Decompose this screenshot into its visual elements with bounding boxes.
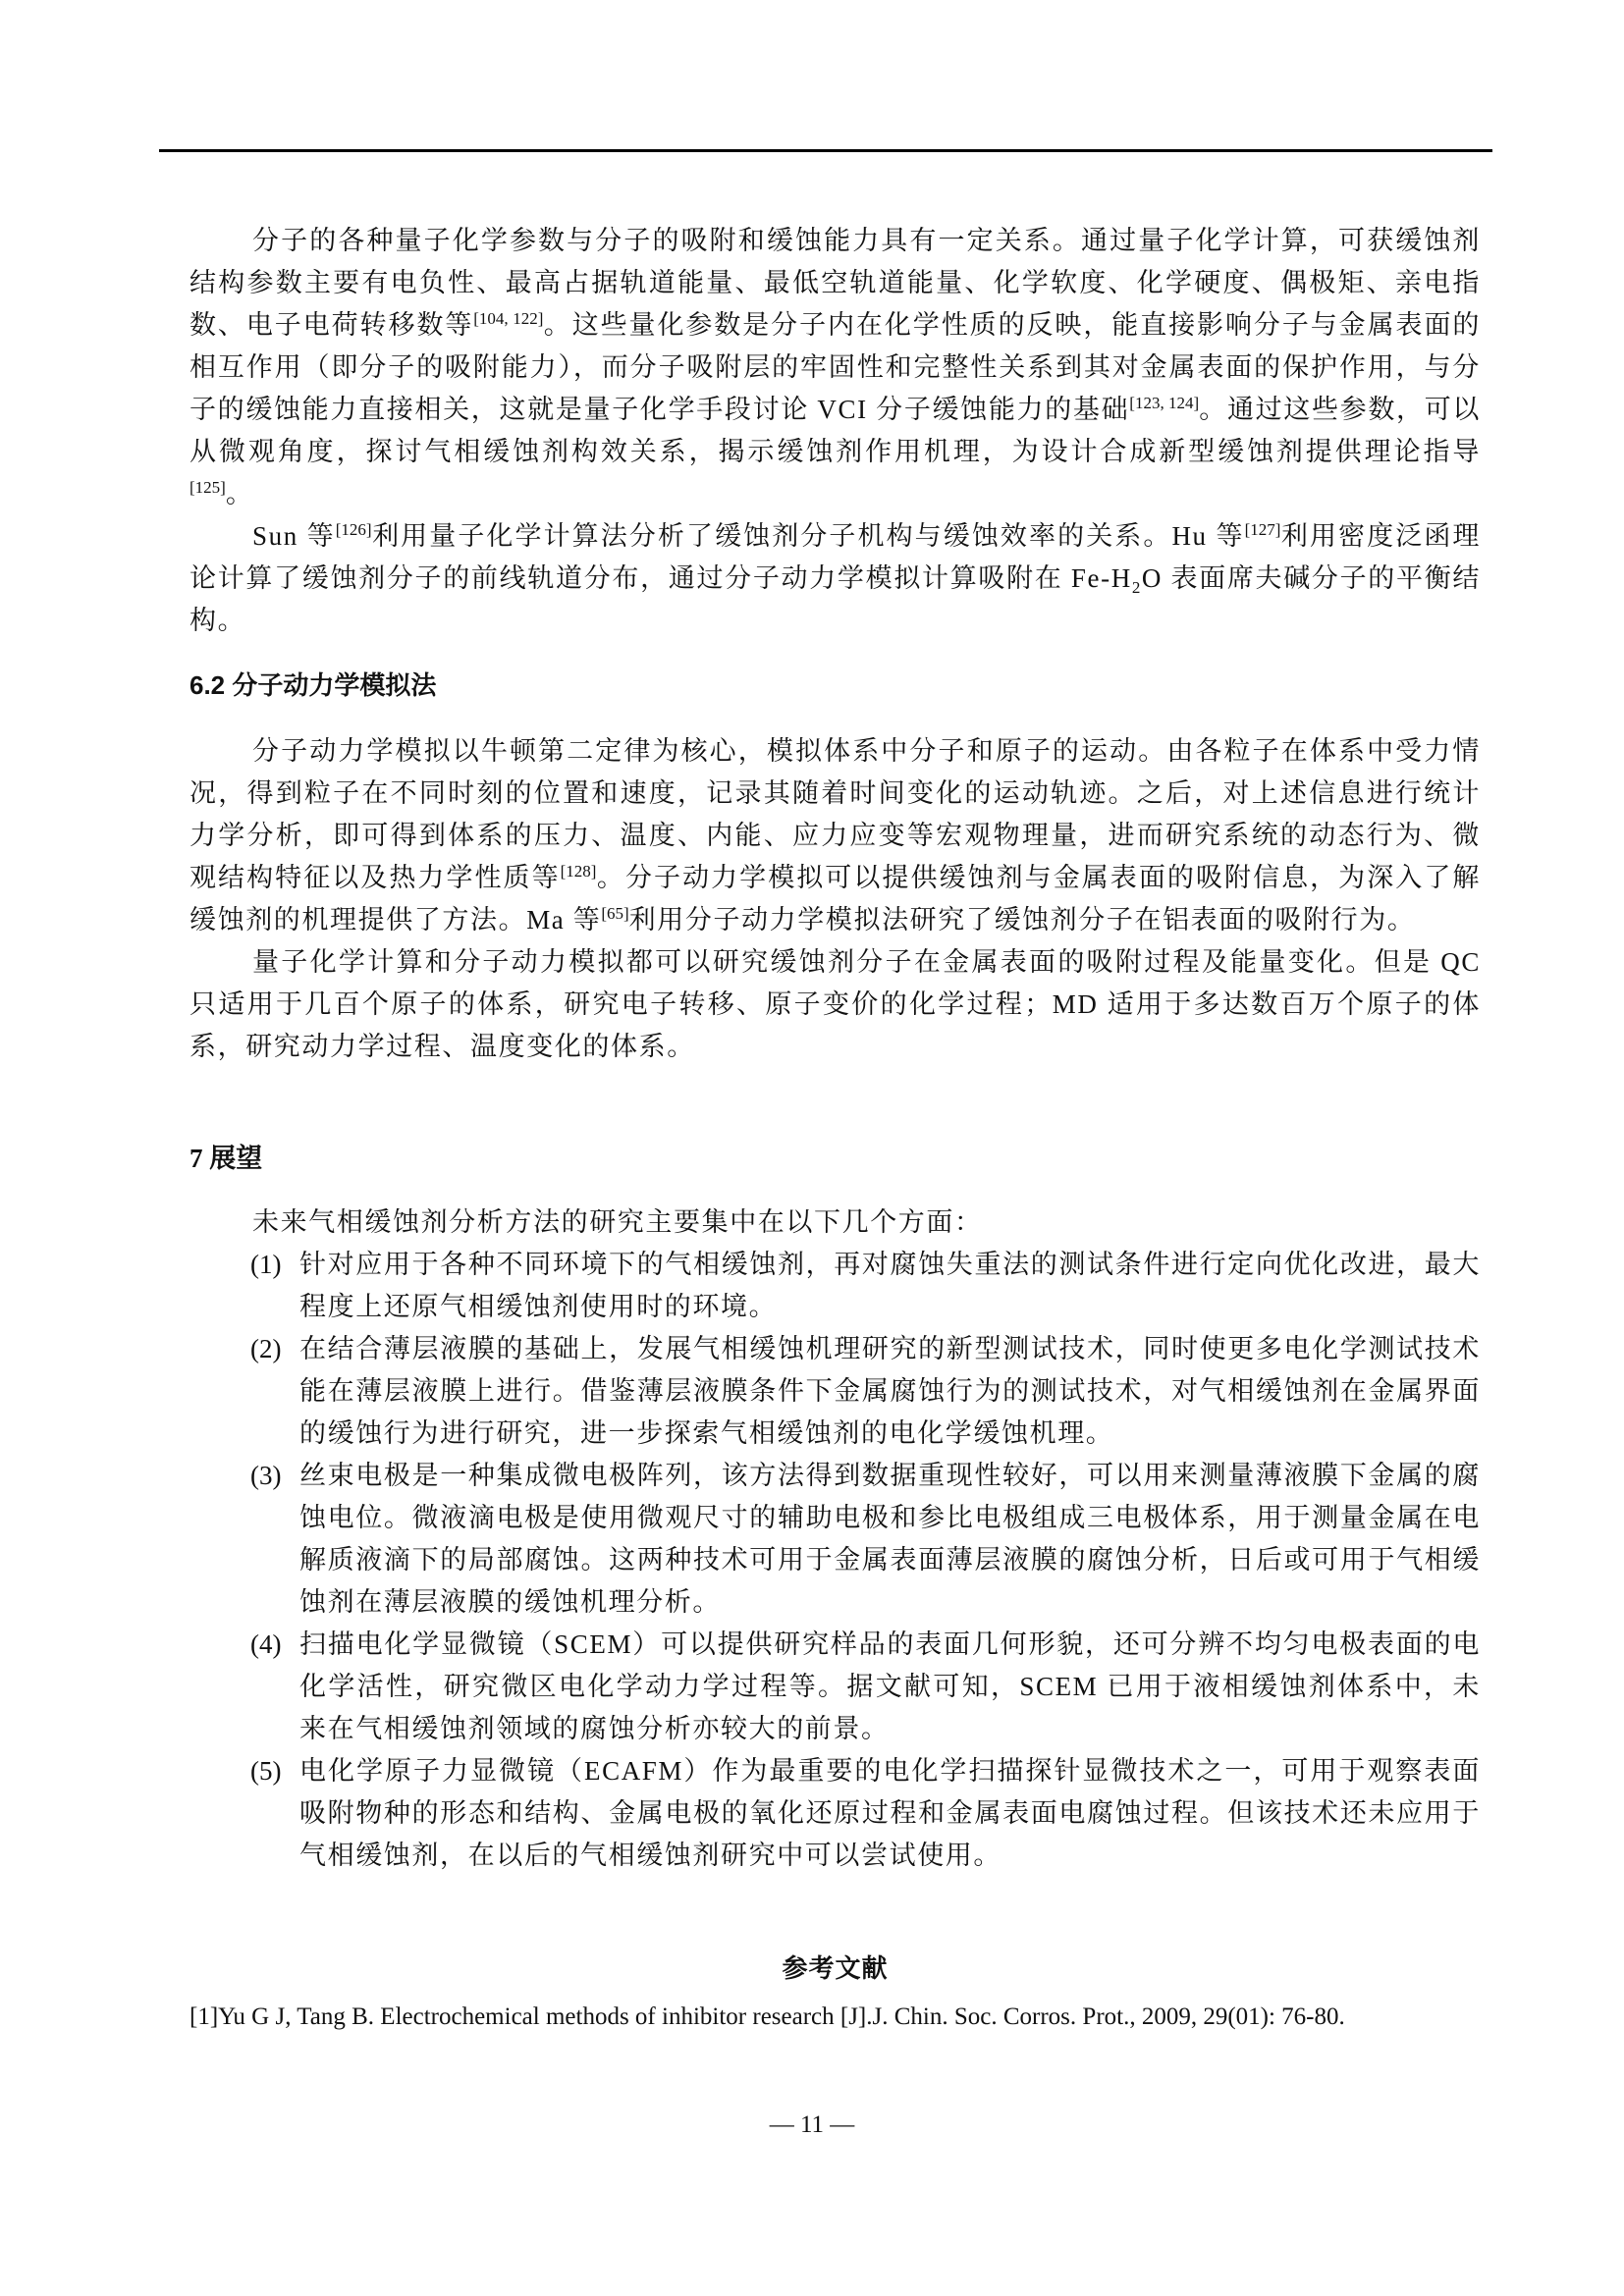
list-item-text: 针对应用于各种不同环境下的气相缓蚀剂，再对腐蚀失重法的测试条件进行定向优化改进，…: [299, 1250, 1481, 1321]
list-item: (5) 电化学原子力显微镜（ECAFM）作为最重要的电化学扫描探针显微技术之一，…: [189, 1750, 1481, 1877]
paragraph-text: 利用量子化学计算法分析了缓蚀剂分子机构与缓蚀效率的关系。Hu 等: [372, 521, 1245, 551]
list-item: (2) 在结合薄层液膜的基础上，发展气相缓蚀机理研究的新型测试技术，同时使更多电…: [189, 1328, 1481, 1455]
paragraph-text: 利用分子动力学模拟法研究了缓蚀剂分子在铝表面的吸附行为。: [629, 905, 1416, 934]
reference-item: [1]Yu G J, Tang B. Electrochemical metho…: [189, 1999, 1481, 2036]
list-number: (3): [250, 1455, 281, 1497]
outlook-list: (1) 针对应用于各种不同环境下的气相缓蚀剂，再对腐蚀失重法的测试条件进行定向优…: [189, 1244, 1481, 1877]
citation: [125]: [189, 478, 226, 497]
citation: [65]: [601, 904, 628, 923]
subscript: 2: [1132, 578, 1142, 597]
list-item-text: 丝束电极是一种集成微电极阵列，该方法得到数据重现性较好，可以用来测量薄液膜下金属…: [299, 1461, 1481, 1617]
citation: [127]: [1245, 520, 1281, 539]
references-heading: 参考文献: [189, 1949, 1481, 1989]
list-item: (4) 扫描电化学显微镜（SCEM）可以提供研究样品的表面几何形貌，还可分辨不均…: [189, 1624, 1481, 1750]
paragraph-text: Sun 等: [252, 521, 336, 551]
page-number: — 11 —: [0, 2110, 1624, 2140]
list-number: (1): [250, 1244, 281, 1286]
list-number: (4): [250, 1624, 281, 1666]
outlook-intro: 未来气相缓蚀剂分析方法的研究主要集中在以下几个方面：: [189, 1201, 1481, 1244]
list-number: (2): [250, 1328, 281, 1370]
citation: [126]: [336, 520, 372, 539]
header-rule: [159, 149, 1492, 152]
paragraph-sun-hu-studies: Sun 等[126]利用量子化学计算法分析了缓蚀剂分子机构与缓蚀效率的关系。Hu…: [189, 515, 1481, 642]
paragraph-md-simulation: 分子动力学模拟以牛顿第二定律为核心，模拟体系中分子和原子的运动。由各粒子在体系中…: [189, 730, 1481, 941]
list-item: (1) 针对应用于各种不同环境下的气相缓蚀剂，再对腐蚀失重法的测试条件进行定向优…: [189, 1244, 1481, 1328]
document-page: 分子的各种量子化学参数与分子的吸附和缓蚀能力具有一定关系。通过量子化学计算，可获…: [0, 0, 1624, 2296]
page-content: 分子的各种量子化学参数与分子的吸附和缓蚀能力具有一定关系。通过量子化学计算，可获…: [189, 220, 1481, 2036]
list-number: (5): [250, 1750, 281, 1792]
section-heading-6-2: 6.2 分子动力学模拟法: [189, 666, 1481, 705]
citation: [128]: [561, 862, 597, 881]
paragraph-qc-vs-md: 量子化学计算和分子动力模拟都可以研究缓蚀剂分子在金属表面的吸附过程及能量变化。但…: [189, 941, 1481, 1068]
citation: [123, 124]: [1129, 394, 1199, 412]
list-item-text: 电化学原子力显微镜（ECAFM）作为最重要的电化学扫描探针显微技术之一，可用于观…: [299, 1756, 1481, 1870]
list-item: (3) 丝束电极是一种集成微电极阵列，该方法得到数据重现性较好，可以用来测量薄液…: [189, 1455, 1481, 1624]
citation: [104, 122]: [473, 309, 543, 328]
paragraph-quantum-parameters: 分子的各种量子化学参数与分子的吸附和缓蚀能力具有一定关系。通过量子化学计算，可获…: [189, 220, 1481, 515]
paragraph-text: 。: [226, 479, 254, 508]
list-item-text: 在结合薄层液膜的基础上，发展气相缓蚀机理研究的新型测试技术，同时使更多电化学测试…: [299, 1334, 1481, 1448]
list-item-text: 扫描电化学显微镜（SCEM）可以提供研究样品的表面几何形貌，还可分辨不均匀电极表…: [299, 1629, 1481, 1743]
section-heading-7: 7 展望: [189, 1139, 1481, 1178]
